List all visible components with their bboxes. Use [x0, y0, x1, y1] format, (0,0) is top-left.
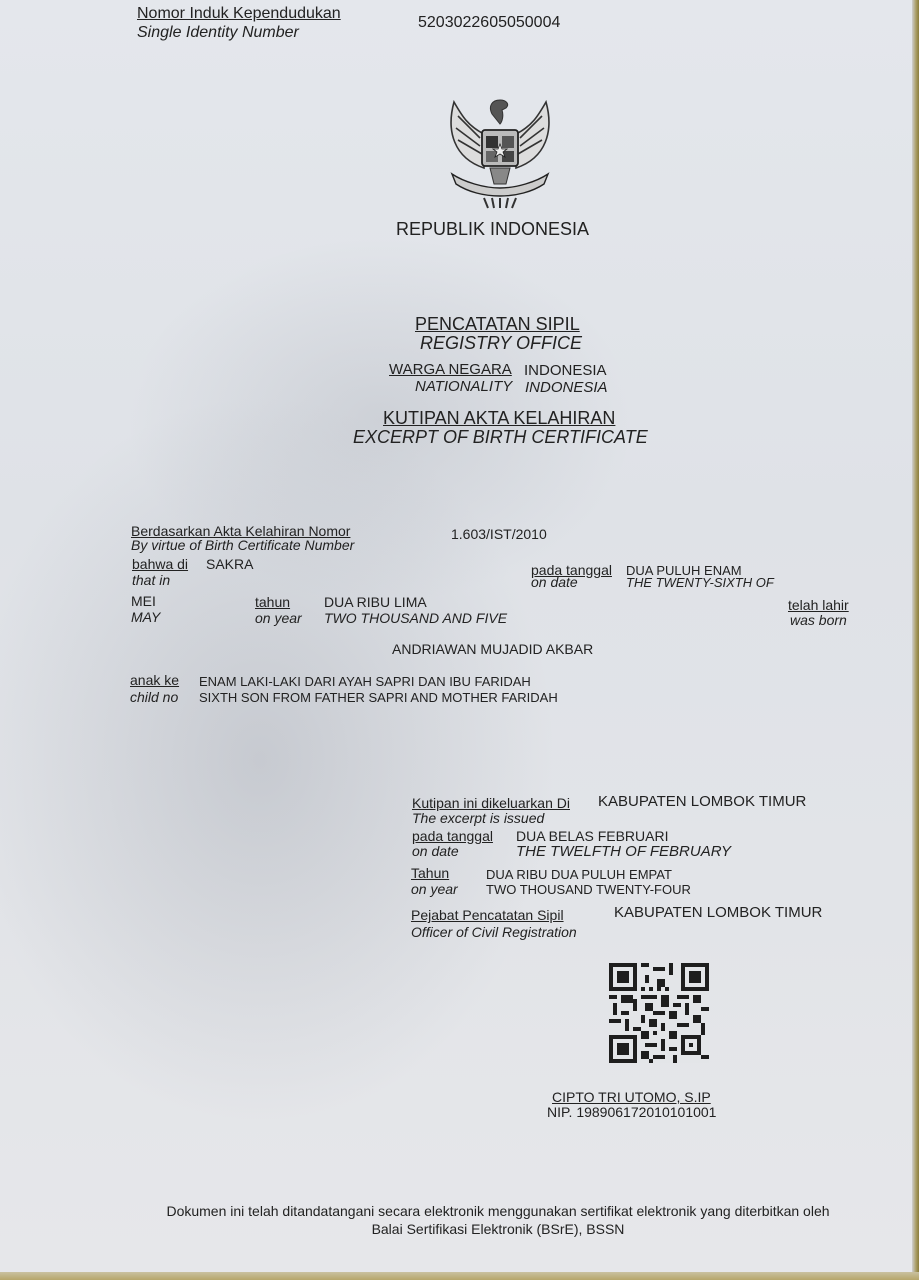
birth-year-label-en: on year [255, 611, 302, 625]
garuda-pancasila-emblem-icon [444, 96, 556, 211]
issued-date-label: pada tanggal [412, 829, 493, 843]
officer-label-en: Officer of Civil Registration [411, 925, 577, 939]
nik-label: Nomor Induk Kependudukan [137, 6, 341, 22]
place-value: SAKRA [206, 557, 253, 571]
footer-line-1: Dokumen ini telah ditandatangani secara … [0, 1204, 919, 1218]
child-order-label-en: child no [130, 690, 178, 704]
certificate-page: Nomor Induk Kependudukan Single Identity… [0, 0, 912, 1272]
office-title-en: REGISTRY OFFICE [420, 334, 582, 352]
birth-month-value-en: MAY [131, 610, 160, 624]
child-order-value-en: SIXTH SON FROM FATHER SAPRI AND MOTHER F… [199, 691, 558, 704]
document-title-en: EXCERPT OF BIRTH CERTIFICATE [353, 428, 648, 446]
qr-code-icon [609, 963, 709, 1063]
birth-year-value: DUA RIBU LIMA [324, 595, 427, 609]
birth-date-value-en: THE TWENTY-SIXTH OF [626, 576, 774, 589]
place-label-en: that in [132, 573, 170, 587]
issued-year-label: Tahun [411, 866, 449, 880]
signatory-name: CIPTO TRI UTOMO, S.IP [552, 1090, 711, 1104]
issued-label: Kutipan ini dikeluarkan Di [412, 796, 570, 810]
issued-date-label-en: on date [412, 844, 459, 858]
nik-label-en: Single Identity Number [137, 25, 299, 41]
signatory-nip: NIP. 198906172010101001 [547, 1105, 716, 1119]
nationality-value-en: INDONESIA [525, 380, 608, 395]
nationality-label: WARGA NEGARA [389, 362, 512, 377]
birth-year-label: tahun [255, 595, 290, 609]
nationality-label-en: NATIONALITY [415, 379, 512, 394]
nik-value: 5203022605050004 [418, 15, 560, 31]
issued-year-value: DUA RIBU DUA PULUH EMPAT [486, 868, 672, 881]
cert-number-label: Berdasarkan Akta Kelahiran Nomor [131, 524, 350, 538]
officer-value: KABUPATEN LOMBOK TIMUR [614, 905, 822, 920]
birth-year-value-en: TWO THOUSAND AND FIVE [324, 611, 507, 625]
child-name: ANDRIAWAN MUJADID AKBAR [392, 642, 593, 656]
birth-date-label-en: on date [531, 575, 578, 589]
page-edge-right [912, 0, 919, 1280]
issued-year-label-en: on year [411, 882, 458, 896]
issued-label-en: The excerpt is issued [412, 811, 544, 825]
cert-number-value: 1.603/IST/2010 [451, 527, 547, 541]
birth-month-value: MEI [131, 594, 156, 608]
child-order-value: ENAM LAKI-LAKI DARI AYAH SAPRI DAN IBU F… [199, 675, 531, 688]
issued-date-value-en: THE TWELFTH OF FEBRUARY [516, 844, 731, 859]
cert-number-label-en: By virtue of Birth Certificate Number [131, 538, 354, 552]
issued-year-value-en: TWO THOUSAND TWENTY-FOUR [486, 883, 691, 896]
office-title: PENCATATAN SIPIL [415, 315, 580, 333]
issued-place-value: KABUPATEN LOMBOK TIMUR [598, 794, 806, 809]
country-title: REPUBLIK INDONESIA [396, 220, 589, 238]
document-title: KUTIPAN AKTA KELAHIRAN [383, 409, 615, 427]
born-label-en: was born [790, 613, 847, 627]
issued-date-value: DUA BELAS FEBRUARI [516, 829, 669, 843]
footer-line-2: Balai Sertifikasi Elektronik (BSrE), BSS… [0, 1222, 919, 1236]
nationality-value: INDONESIA [524, 363, 607, 378]
place-label: bahwa di [132, 557, 188, 571]
born-label: telah lahir [788, 598, 849, 612]
child-order-label: anak ke [130, 673, 179, 687]
officer-label: Pejabat Pencatatan Sipil [411, 908, 564, 922]
page-edge-bottom [0, 1272, 919, 1280]
